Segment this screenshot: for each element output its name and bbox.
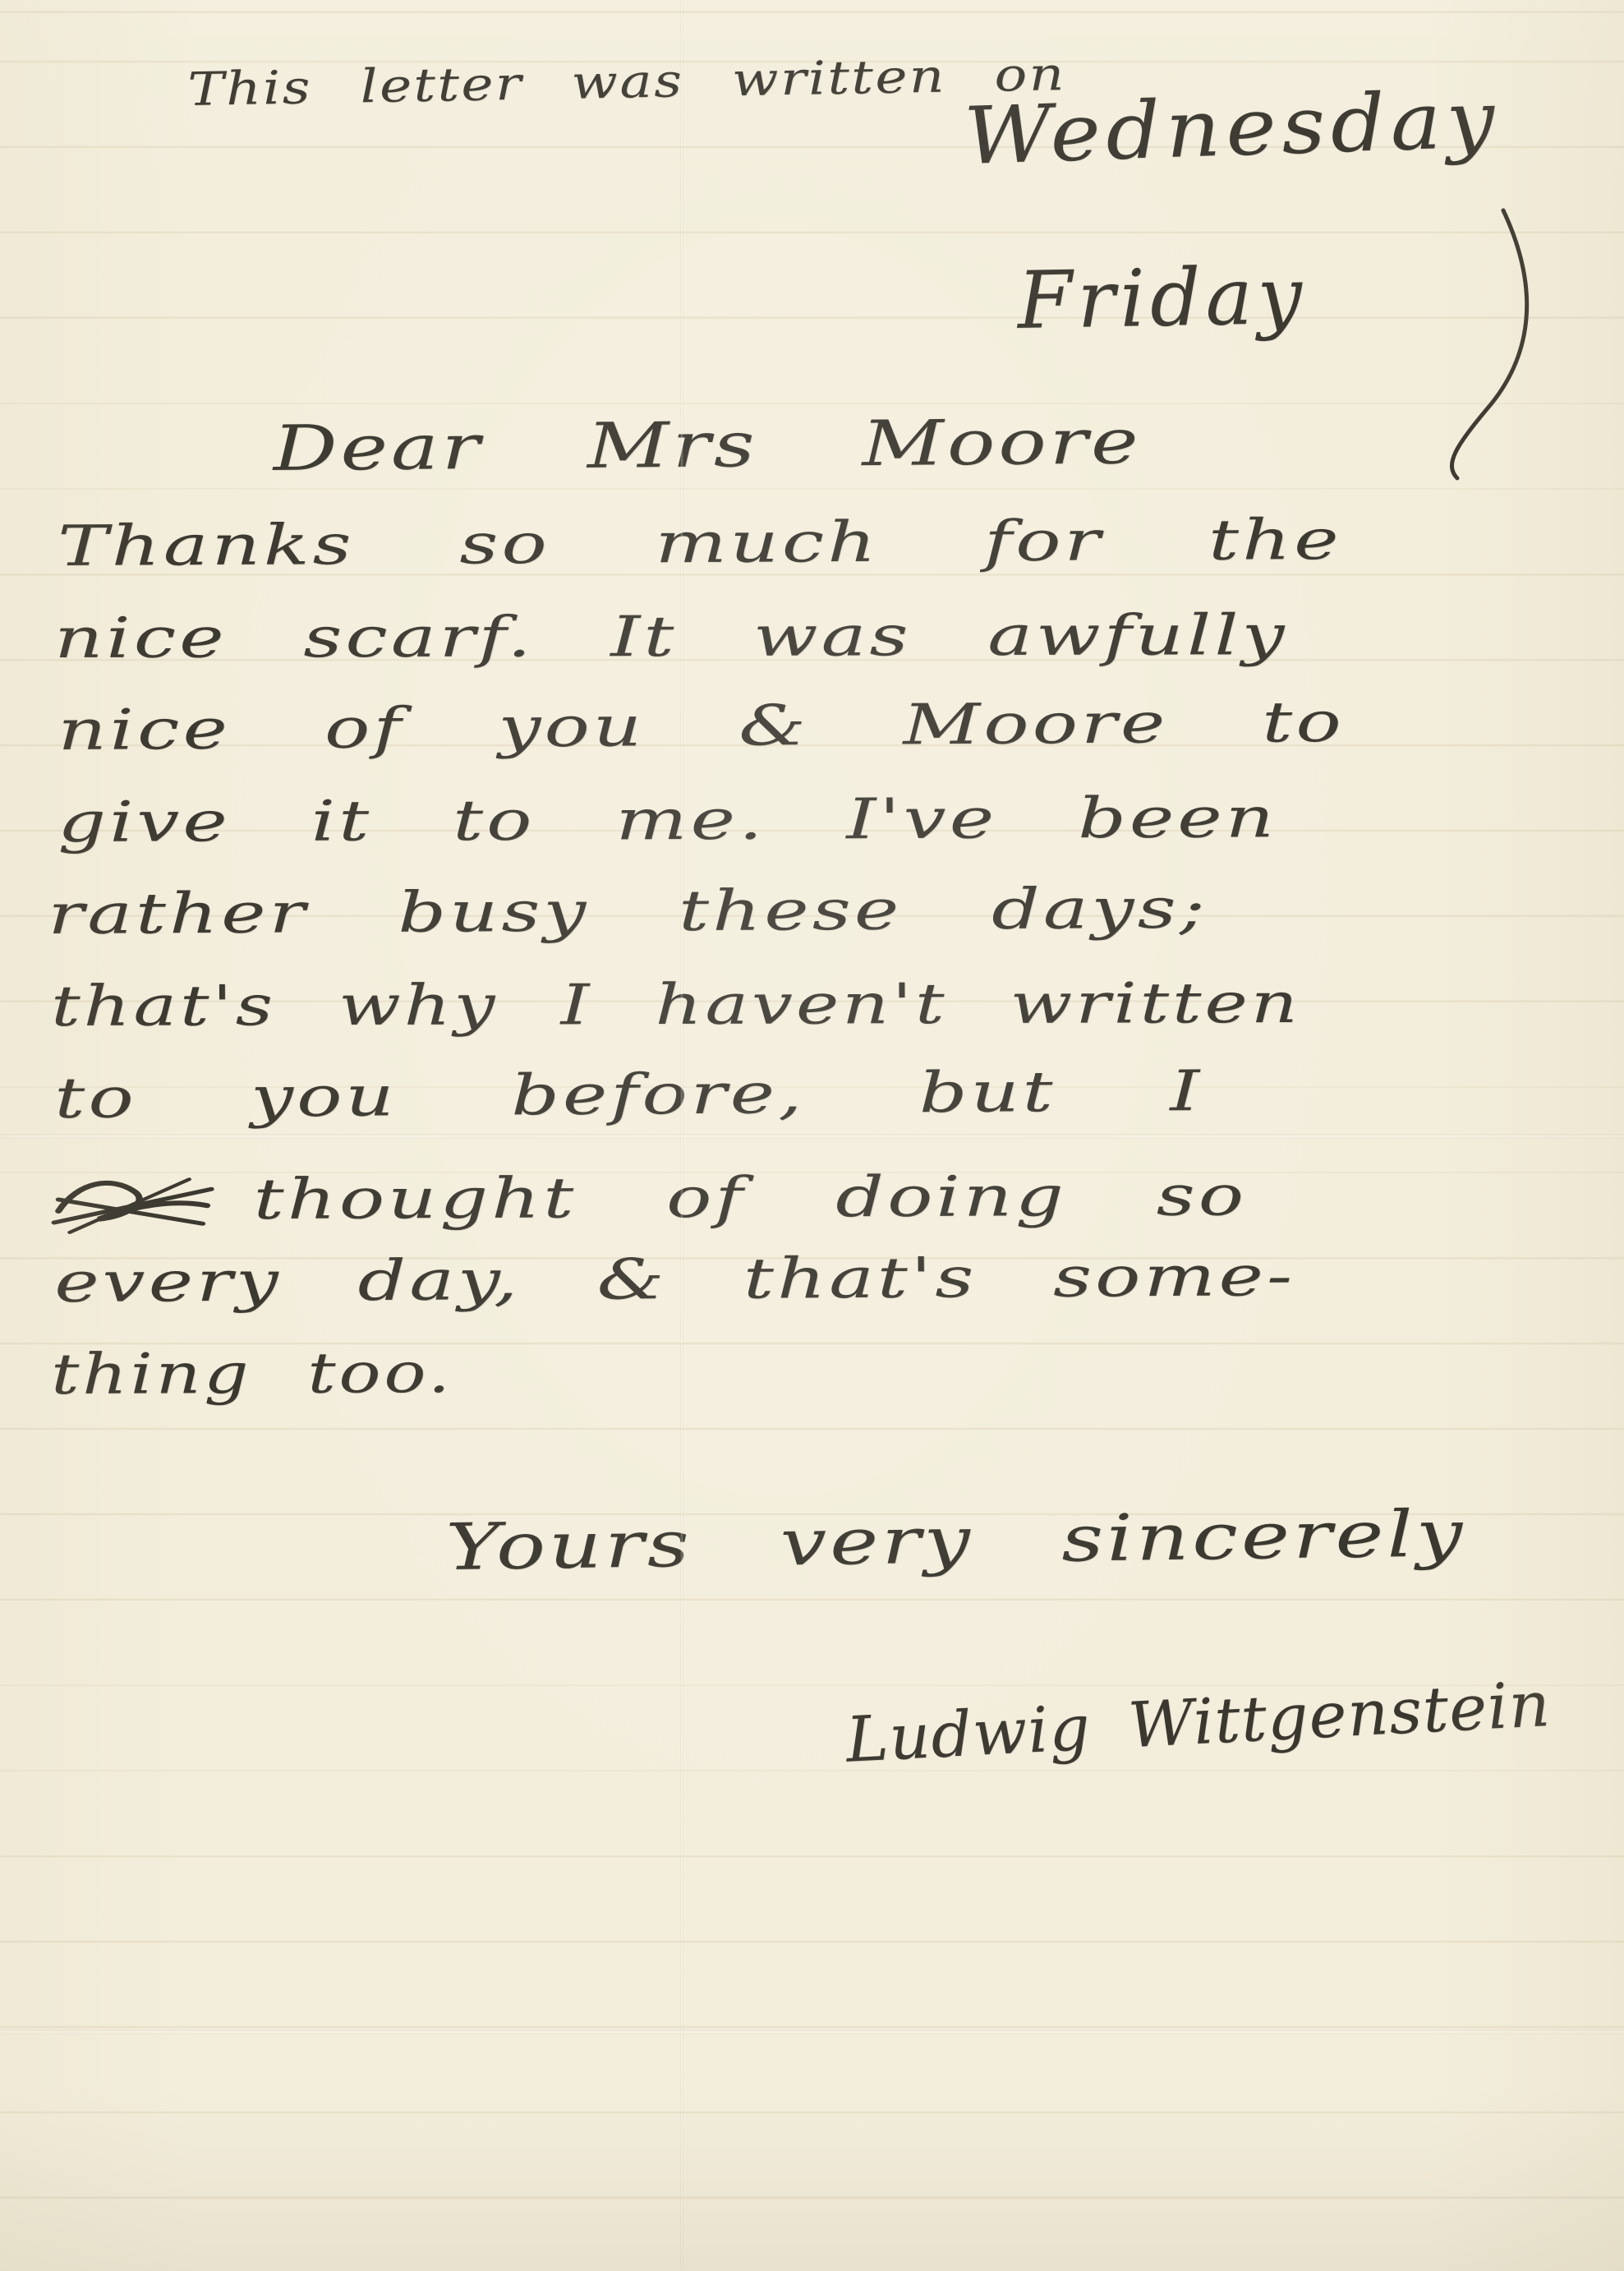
- handwritten-line: rather busy these days;: [48, 882, 1208, 943]
- handwritten-line: nice scarf. It was awfully: [54, 608, 1288, 667]
- signature: Ludwig Wittgenstein: [844, 1673, 1552, 1771]
- paper-shading: [0, 0, 1624, 2271]
- fold-crease-horizontal: [0, 2029, 1624, 2034]
- closing: Yours very sincerely: [445, 1502, 1466, 1580]
- handwritten-line: thing too.: [51, 1346, 453, 1403]
- handwritten-line: that's why I haven't written: [51, 976, 1301, 1035]
- ruled-lines: [0, 0, 1624, 2271]
- handwritten-line: nice of you & Moore to: [58, 695, 1345, 759]
- fold-crease-vertical: [680, 0, 683, 2271]
- annotation-prefix: This letter was written on: [187, 52, 1066, 113]
- handwritten-line-text: thought of doing so: [253, 1168, 1247, 1228]
- handwritten-line: give it to me. I've been: [58, 790, 1277, 851]
- handwritten-line: Thanks so much for the: [58, 513, 1342, 575]
- annotation-day-wednesday: Wednesday: [963, 80, 1501, 176]
- handwritten-line: thought of doing so: [49, 1159, 1247, 1239]
- fold-crease-horizontal: [0, 1134, 1624, 1139]
- crossed-out-word: [49, 1163, 216, 1239]
- pen-flourish: [1396, 204, 1561, 483]
- salutation: Dear Mrs Moore: [273, 410, 1142, 480]
- letter-sheet: This letter was written on Wednesday Fri…: [0, 0, 1624, 2271]
- handwritten-line: to you before, but I: [54, 1064, 1203, 1127]
- annotation-day-friday: Friday: [1017, 256, 1308, 340]
- handwritten-line: every day, & that's some-: [54, 1249, 1295, 1311]
